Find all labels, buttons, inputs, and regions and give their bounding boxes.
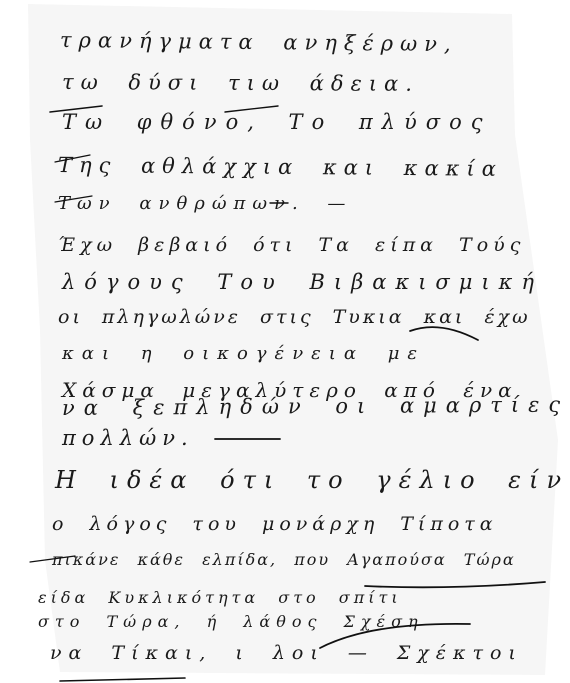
- document-page: τρανήγματα ανηξέρων, τω δύσι τιω άδεια. …: [0, 0, 570, 683]
- handwritten-line: λόγους Του Βιβακισμική: [62, 272, 543, 293]
- handwritten-line: τρανήγματα ανηξέρων,: [60, 30, 458, 55]
- handwritten-line: Έχω βεβαιό ότι Τα είπα Τούς: [58, 236, 525, 255]
- handwritten-line: πικάνε κάθε ελπίδα, που Αγαπούσα Τώρα: [52, 552, 516, 568]
- handwritten-line: στο Τώρα, ή λάθος Σχέση: [38, 614, 424, 630]
- handwritten-line: τω δύσι τιω άδεια.: [62, 72, 419, 95]
- handwritten-line: Της αθλάχχια και κακία: [58, 155, 503, 180]
- handwritten-line: είδα Κυκλικότητα στο σπίτι: [38, 590, 402, 606]
- handwritten-line: ο λόγος του μονάρχη Τίποτα: [52, 515, 498, 534]
- handwritten-line: πολλών.: [62, 428, 194, 449]
- handwritten-line: να ξεπληδών οι αμαρτίες: [62, 394, 569, 419]
- handwritten-line: να Τίκαι, ι λοι — Σχέκτοι: [50, 644, 523, 663]
- handwritten-line: Των ανθρώπων. —: [58, 195, 352, 213]
- handwritten-line: Τω φθόνο, Το πλύσος: [62, 112, 492, 133]
- handwritten-line: και η οικογένεια με: [62, 345, 425, 363]
- handwritten-line: Η ιδέα ότι το γέλιο είναι: [55, 468, 570, 492]
- handwritten-line: οι πληγωλώνε στις Τυκια και έχω: [58, 308, 531, 327]
- paper-sheet: [0, 0, 570, 683]
